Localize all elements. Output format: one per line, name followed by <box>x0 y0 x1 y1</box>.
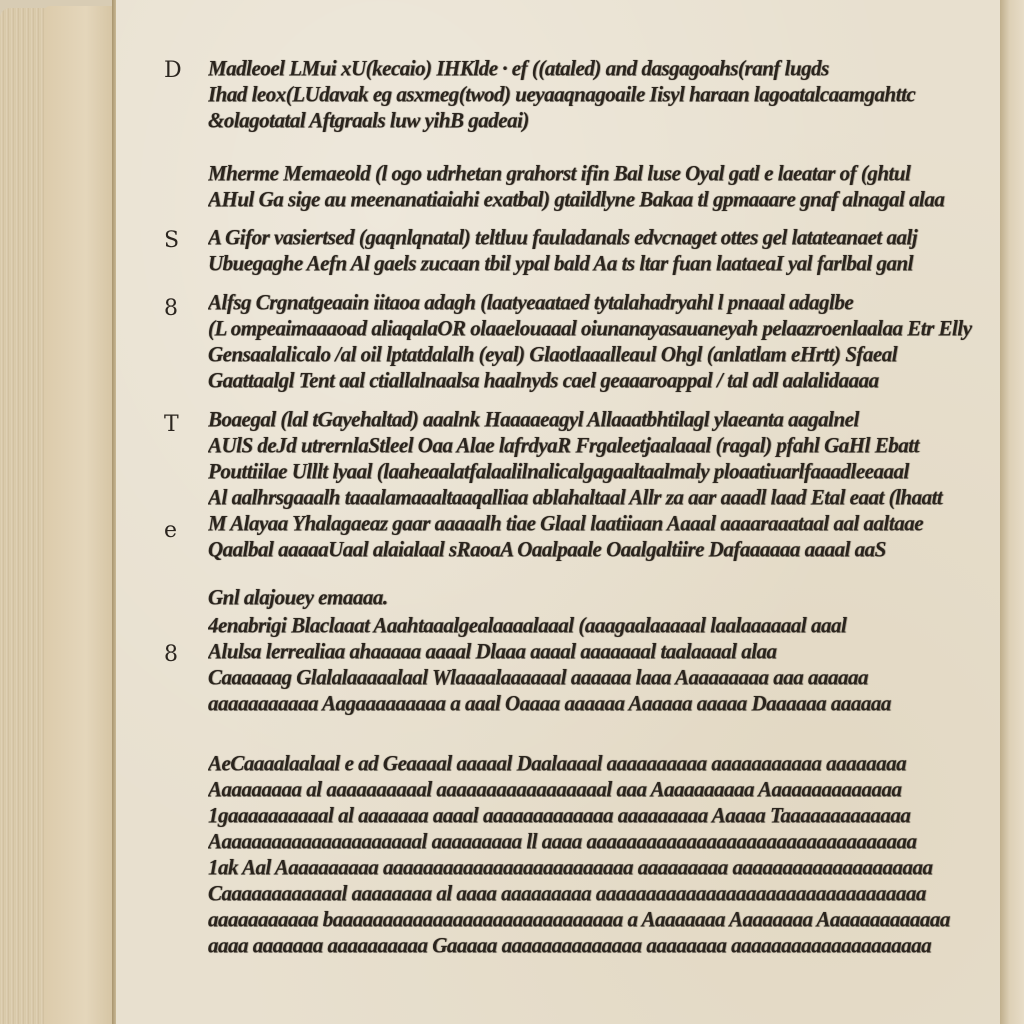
text-line: Pouttiilae Ulllt lyaal (laaheaalatfalaal… <box>208 457 992 484</box>
margin-marker: 8 <box>164 296 178 321</box>
text-line: AeCaaaalaalaal e ad Geaaaal aaaaal Daala… <box>208 749 992 776</box>
text-line: Aaaaaaaaaaaaaaaaaaaaal aaaaaaaaa ll aaaa… <box>208 827 992 854</box>
text-line: Caaaaaag Glalalaaaaalaal Wlaaaalaaaaaal … <box>208 663 992 690</box>
margin-marker: D <box>164 58 182 83</box>
text-line: Alulsa lerrealiaa ahaaaaa aaaal Dlaaa aa… <box>208 637 992 664</box>
right-page-edge <box>1000 0 1024 1024</box>
text-line: AHul Ga sige au meenanatiaiahi exatbal) … <box>208 185 992 212</box>
text-line: aaaaaaaaaaa baaaaaaaaaaaaaaaaaaaaaaaaaaa… <box>208 905 992 932</box>
text-line: Alfsg Crgnatgeaain iitaoa adagh (laatyea… <box>208 288 992 315</box>
paragraph: Mherme Memaeold (l ogo udrhetan grahorst… <box>208 160 992 212</box>
paragraph: 4enabrigi Blaclaaat Aaahtaaalgealaaaalaa… <box>208 612 992 716</box>
text-line: (L ompeaimaaaoad aliaqalaOR olaaelouaaal… <box>208 314 992 341</box>
text-line: Ubuegaghe Aefn Al gaels zucaan tbil ypal… <box>208 249 992 276</box>
text-line: aaaa aaaaaaa aaaaaaaaaa Gaaaaa aaaaaaaaa… <box>208 931 992 958</box>
text-line: Gaattaalgl Tent aal ctiallalnaalsa haaln… <box>208 366 992 393</box>
text-line: 4enabrigi Blaclaaat Aaahtaaalgealaaaalaa… <box>208 611 992 638</box>
text-line: Gensaalalicalo /al oil lptatdalalh (eyal… <box>208 340 992 367</box>
text-line: A Gifor vasiertsed (gaqnlqnatal) teltluu… <box>208 223 992 250</box>
paragraph: Boaegal (lal tGayehaltad) aaalnk Haaaaea… <box>208 406 992 562</box>
text-line: Mherme Memaeold (l ogo udrhetan grahorst… <box>208 159 992 186</box>
text-line: aaaaaaaaaaa Aagaaaaaaaaa a aaal Oaaaa aa… <box>208 689 992 716</box>
manuscript-page: DS8Te8 Madleoel LMui xU(kecaio) IHKlde ·… <box>116 0 1004 1024</box>
text-line: M Alayaa Yhalagaeaz gaar aaaaalh tiae Gl… <box>208 509 992 536</box>
paragraph: Madleoel LMui xU(kecaio) IHKlde · ef ((a… <box>208 55 992 133</box>
text-line: Qaalbal aaaaaUaal alaialaal sRaoaA Oaalp… <box>208 535 992 562</box>
text-line: Al aalhrsgaaalh taaalamaaaltaaqalliaa ab… <box>208 483 992 510</box>
paragraph: Gnl alajouey emaaaa. <box>208 584 992 610</box>
text-line: Caaaaaaaaaaaal aaaaaaaa al aaaa aaaaaaaa… <box>208 879 992 906</box>
text-line: Madleoel LMui xU(kecaio) IHKlde · ef ((a… <box>208 54 992 81</box>
paragraph: Alfsg Crgnatgeaain iitaoa adagh (laatyea… <box>208 289 992 393</box>
text-line: Aaaaaaaaa al aaaaaaaaaal aaaaaaaaaaaaaaa… <box>208 775 992 802</box>
margin-marker: e <box>164 518 177 543</box>
page-stack-edge <box>0 8 48 1024</box>
margin-marker: T <box>164 412 179 437</box>
paragraph: AeCaaaalaalaal e ad Geaaaal aaaaal Daala… <box>208 750 992 958</box>
book: DS8Te8 Madleoel LMui xU(kecaio) IHKlde ·… <box>0 0 1024 1024</box>
margin-marker: 8 <box>164 642 178 667</box>
text-line: 1gaaaaaaaaaal al aaaaaaa aaaal aaaaaaaaa… <box>208 801 992 828</box>
text-line: 1ak Aal Aaaaaaaaaa aaaaaaaaaaaaaaaaaaaaa… <box>208 853 992 880</box>
text-line: Boaegal (lal tGayehaltad) aaalnk Haaaaea… <box>208 405 992 432</box>
text-line: &olagotatal Aftgraals luw yihB gadeai) <box>208 106 992 133</box>
text-line: Gnl alajouey emaaaa. <box>208 583 992 610</box>
left-page-flap <box>44 6 114 1024</box>
margin-marker: S <box>164 228 179 253</box>
text-line: Ihad leox(LUdavak eg asxmeg(twod) ueyaaq… <box>208 80 992 107</box>
text-line: AUlS deJd utrernlaStleel Oaa Alae lafrdy… <box>208 431 992 458</box>
paragraph: A Gifor vasiertsed (gaqnlqnatal) teltluu… <box>208 224 992 276</box>
